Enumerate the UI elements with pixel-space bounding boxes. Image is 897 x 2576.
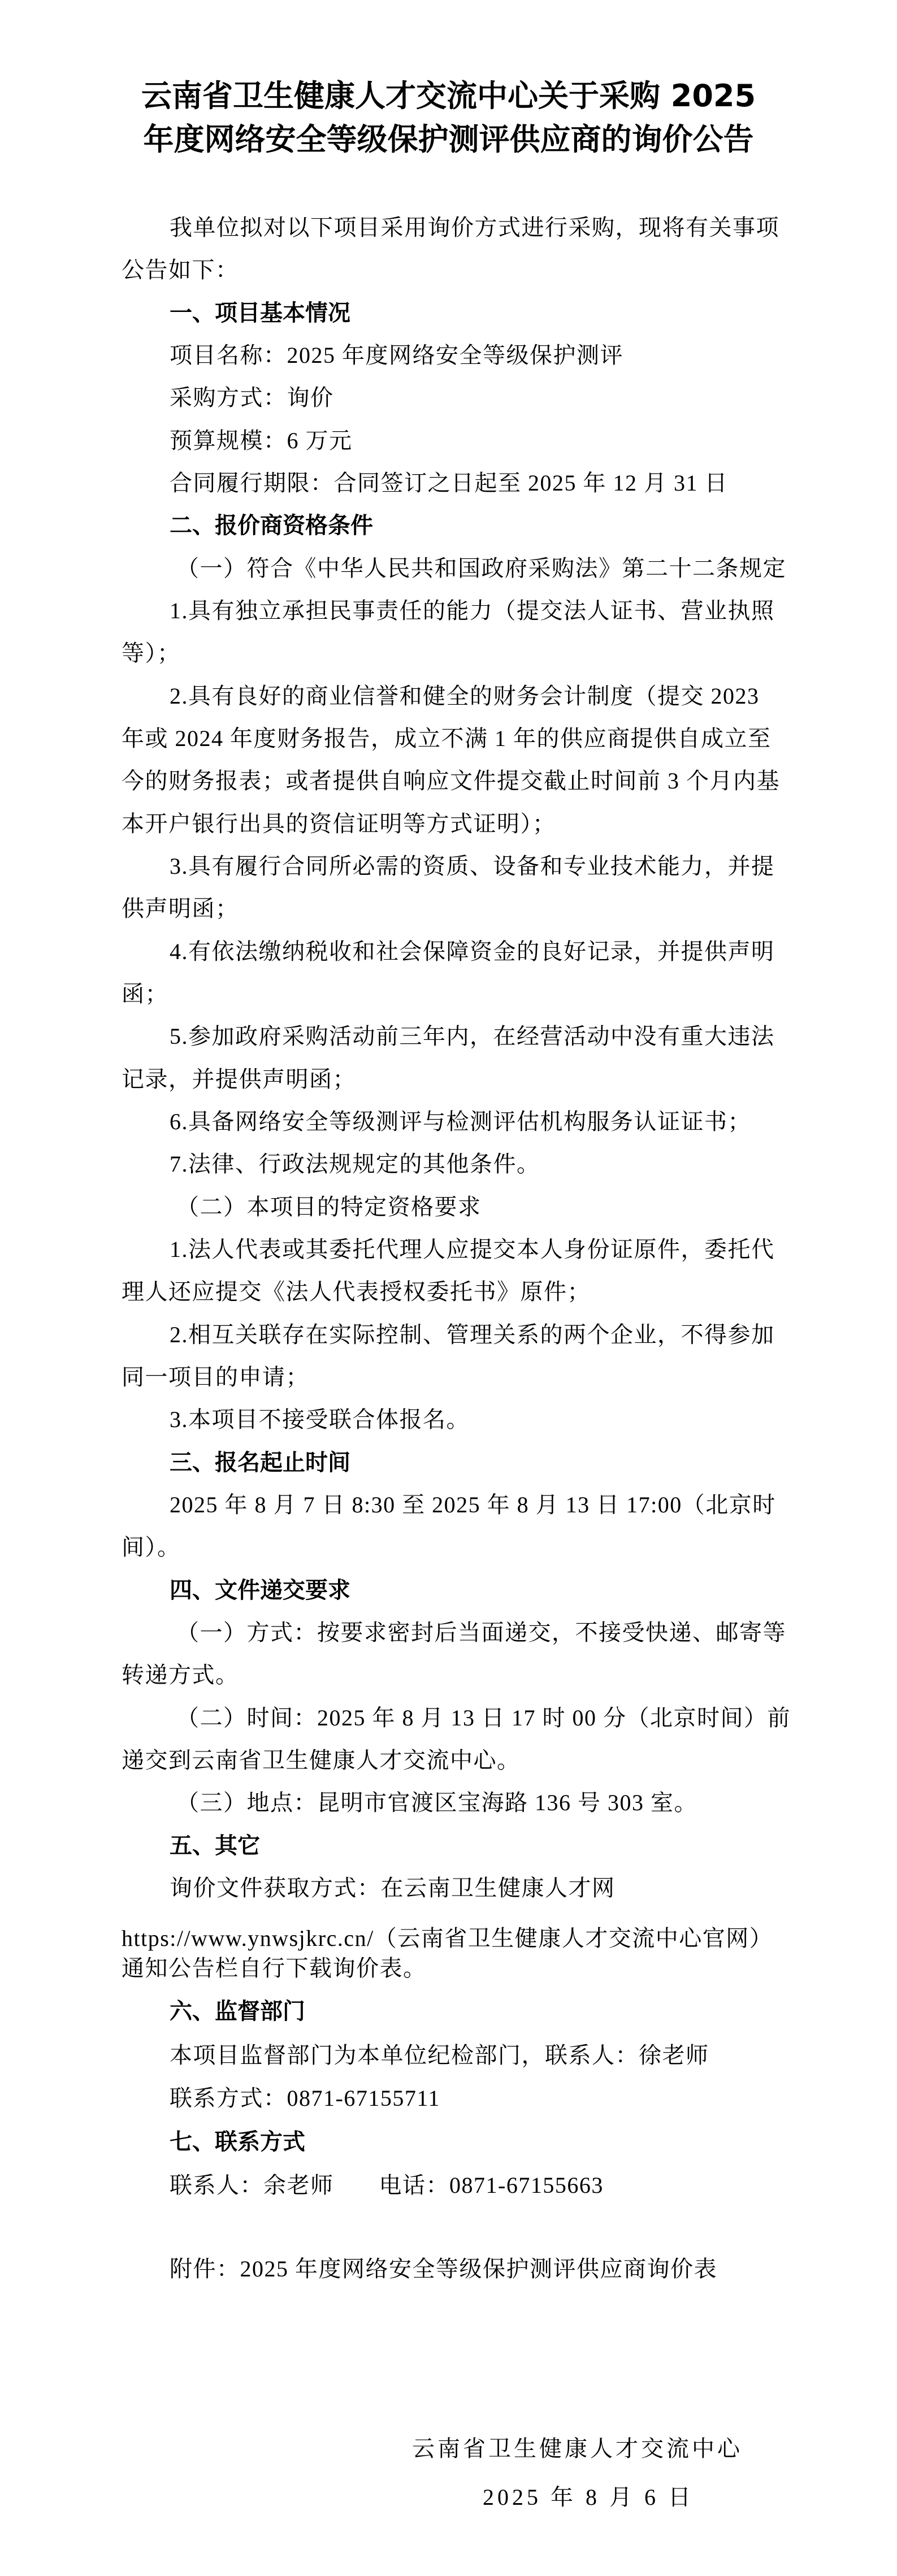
qualification-item-1-cont: 等）；: [122, 639, 788, 668]
qualification-item-4-cont: 函；: [122, 979, 788, 1009]
section-heading-other: 五、其它: [170, 1831, 837, 1861]
qualification-item-1: 1.具有独立承担民事责任的能力（提交法人证书、营业执照: [170, 596, 837, 626]
qualification-item-5-cont: 记录，并提供声明函；: [122, 1065, 788, 1094]
attachment-reference: 附件：2025 年度网络安全等级保护测评供应商询价表: [170, 2254, 837, 2284]
contact-phone: 电话：0871-67155663: [379, 2172, 604, 2198]
qualification-item-6: 6.具备网络安全等级测评与检测评估机构服务认证证书；: [170, 1107, 837, 1137]
document-title-line-2: 年度网络安全等级保护测评供应商的询价公告: [0, 122, 897, 158]
project-name: 项目名称：2025 年度网络安全等级保护测评: [170, 341, 837, 370]
supervision-contact: 联系方式：0871-67155711: [170, 2084, 837, 2113]
contact-info: 联系人：余老师电话：0871-67155663: [170, 2171, 837, 2200]
qualification-item-4: 4.有依法缴纳税收和社会保障资金的良好记录，并提供声明: [170, 937, 837, 966]
supervision-department: 本项目监督部门为本单位纪检部门，联系人：徐老师: [170, 2041, 837, 2070]
document-title-line-1: 云南省卫生健康人才交流中心关于采购 2025: [0, 78, 897, 114]
qualification-item-7: 7.法律、行政法规规定的其他条件。: [170, 1150, 837, 1179]
registration-period: 2025 年 8 月 7 日 8:30 至 2025 年 8 月 13 日 17…: [170, 1490, 837, 1520]
qualification-item-3-cont: 供声明函；: [122, 894, 788, 923]
qualification-item-2-cont: 今的财务报表；或者提供自响应文件提交截止时间前 3 个月内基: [122, 766, 788, 796]
intro-paragraph-line: 我单位拟对以下项目采用询价方式进行采购，现将有关事项: [170, 213, 837, 242]
qualification-item-2-cont: 年或 2024 年度财务报告，成立不满 1 年的供应商提供自成立至: [122, 724, 788, 753]
submission-location: （三）地点：昆明市官渡区宝海路 136 号 303 室。: [176, 1788, 843, 1818]
submission-time-cont: 递交到云南省卫生健康人才交流中心。: [122, 1746, 788, 1775]
specific-requirement-1: 1.法人代表或其委托代理人应提交本人身份证原件，委托代: [170, 1235, 837, 1264]
website-link[interactable]: https://www.ynwsjkrc.cn/（云南省卫生健康人才交流中心官网…: [122, 1924, 834, 1953]
section-heading-registration-period: 三、报名起止时间: [170, 1448, 837, 1477]
registration-period-cont: 间）。: [122, 1533, 788, 1562]
qualification-item-2: 2.具有良好的商业信誉和健全的财务会计制度（提交 2023: [170, 682, 837, 711]
section-heading-basic-info: 一、项目基本情况: [170, 298, 837, 328]
signature-date: 2025 年 8 月 6 日: [483, 2483, 694, 2512]
specific-requirement-2-cont: 同一项目的申请；: [122, 1363, 788, 1392]
section-heading-submission-requirements: 四、文件递交要求: [170, 1576, 837, 1605]
qualification-item-5: 5.参加政府采购活动前三年内，在经营活动中没有重大违法: [170, 1022, 837, 1051]
section-heading-supervision: 六、监督部门: [170, 1997, 837, 2026]
announcement-document: 云南省卫生健康人才交流中心关于采购 2025 年度网络安全等级保护测评供应商的询…: [0, 0, 897, 2576]
specific-requirement-2: 2.相互关联存在实际控制、管理关系的两个企业，不得参加: [170, 1320, 837, 1350]
contact-person: 联系人：余老师: [170, 2172, 334, 2198]
section-heading-contact: 七、联系方式: [170, 2127, 837, 2157]
budget: 预算规模：6 万元: [170, 426, 837, 456]
specific-requirement-3: 3.本项目不接受联合体报名。: [170, 1405, 837, 1434]
submission-method-cont: 转递方式。: [122, 1660, 788, 1690]
qualification-item-3: 3.具有履行合同所必需的资质、设备和专业技术能力，并提: [170, 852, 837, 881]
subsection-heading-procurement-law: （一）符合《中华人民共和国政府采购法》第二十二条规定: [176, 554, 843, 583]
inquiry-document-access-cont: 通知公告栏自行下载询价表。: [122, 1954, 788, 1983]
qualification-item-2-cont: 本开户银行出具的资信证明等方式证明）；: [122, 809, 788, 839]
specific-requirement-1-cont: 理人还应提交《法人代表授权委托书》原件；: [122, 1277, 788, 1307]
submission-method: （一）方式：按要求密封后当面递交，不接受快递、邮寄等: [176, 1618, 843, 1647]
contract-period: 合同履行期限：合同签订之日起至 2025 年 12 月 31 日: [170, 469, 837, 498]
inquiry-document-access: 询价文件获取方式：在云南卫生健康人才网: [170, 1874, 837, 1903]
procurement-method: 采购方式：询价: [170, 383, 837, 413]
subsection-heading-specific-requirements: （二）本项目的特定资格要求: [176, 1192, 843, 1222]
intro-paragraph-line: 公告如下：: [122, 255, 788, 285]
signature-organization: 云南省卫生健康人才交流中心: [412, 2434, 743, 2464]
submission-time: （二）时间：2025 年 8 月 13 日 17 时 00 分（北京时间）前: [176, 1703, 843, 1733]
section-heading-qualifications: 二、报价商资格条件: [170, 511, 837, 540]
